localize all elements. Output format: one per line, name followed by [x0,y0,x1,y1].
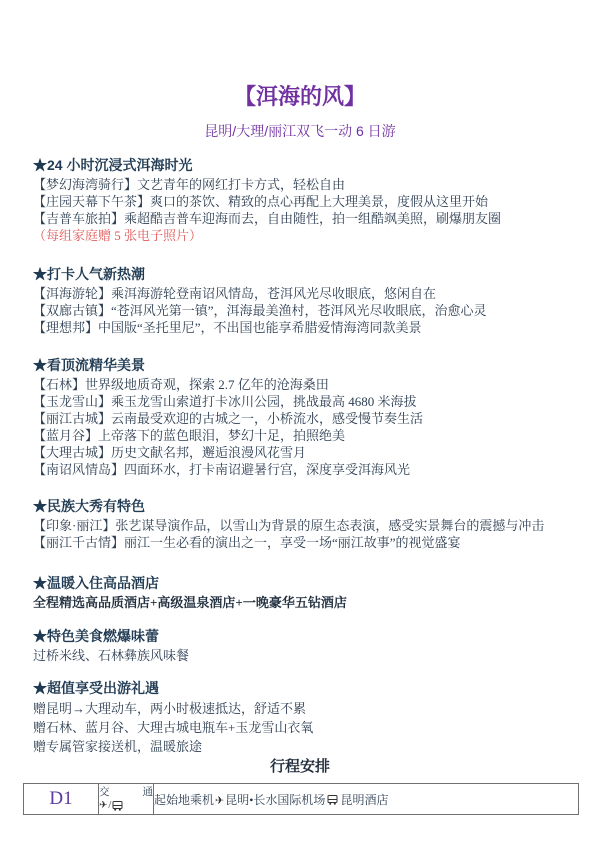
perk-line: 赠专属管家接送机，温暖旅途 [33,737,567,756]
section-heading-hotspots: ★打卡人气新热潮 [33,265,567,283]
perk-line: 赠昆明→大理动车，两小时极速抵达，舒适不累 [33,699,567,718]
feature-line: 【洱海游轮】乘洱海游轮登南诏风情岛，苍洱风光尽收眼底，悠闲自在 [33,285,567,302]
transport-icons: ✈ / [99,799,153,812]
transport-char: 交 [99,786,110,799]
section-heading-scenery: ★看顶流精华美景 [33,356,567,374]
perk-line: 赠石林、蓝月谷、大理古城电瓶车+玉龙雪山衣氧 [33,718,567,737]
transport-char: 通 [143,786,154,799]
itinerary-document-page: 【洱海的风】 昆明/大理/丽江双飞一动 6 日游 ★24 小时沉浸式洱海时光 【… [0,0,600,848]
feature-line: 【印象·丽江】张艺谋导演作品，以雪山为背景的原生态表演，感受实景舞台的震撼与冲击 [33,517,567,534]
bus-icon [327,795,338,805]
section-body-hotels: 全程精选高品质酒店+高级温泉酒店+一晚豪华五钻酒店 [33,594,567,611]
bus-icon [112,801,123,811]
section-heading-erhai-time: ★24 小时沉浸式洱海时光 [33,156,567,174]
icon-separator: / [108,799,111,812]
section-body-hotspots: 【洱海游轮】乘洱海游轮登南诏风情岛，苍洱风光尽收眼底，悠闲自在 【双廊古镇】“苍… [33,285,567,336]
feature-line: 【理想邦】中国版“圣托里尼”，不出国也能享希腊爱情海湾同款美景 [33,319,567,336]
page-title: 【洱海的风】 [33,83,567,110]
route-cell: 起始地乘机✈昆明•长水国际机场昆明酒店 [154,784,579,815]
food-line: 过桥米线、石林彝族风味餐 [33,647,567,664]
section-heading-food: ★特色美食燃爆味蕾 [33,627,567,645]
transport-label: 交 通 [99,786,153,799]
feature-line: 【蓝月谷】上帝落下的蓝色眼泪，梦幻十足，拍照绝美 [33,427,567,444]
section-heading-shows: ★民族大秀有特色 [33,497,567,515]
section-body-shows: 【印象·丽江】张艺谋导演作品，以雪山为背景的原生态表演，感受实景舞台的震撼与冲击… [33,517,567,551]
section-heading-perks: ★超值享受出游礼遇 [33,679,567,697]
route-segment: 起始地乘机 [154,793,214,807]
page-subtitle: 昆明/大理/丽江双飞一动 6 日游 [33,121,567,141]
section-body-scenery: 【石林】世界级地质奇观，探索 2.7 亿年的沧海桑田 【玉龙雪山】乘玉龙雪山索道… [33,376,567,478]
section-body-erhai-time: 【梦幻海湾骑行】文艺青年的网红打卡方式，轻松自由 【庄园天幕下午茶】爽口的茶饮、… [33,176,567,244]
feature-line: 【双廊古镇】“苍洱风光第一镇”，洱海最美渔村，苍洱风光尽收眼底，治愈心灵 [33,302,567,319]
section-heading-hotels: ★温暖入住高品酒店 [33,574,567,592]
table-row-day1: D1 交 通 ✈ / 起始地乘机✈昆明•长 [24,784,579,815]
gift-note: （每组家庭赠 5 张电子照片） [33,227,567,244]
route-segment: 昆明•长水国际机场 [225,793,325,807]
feature-line: 【庄园天幕下午茶】爽口的茶饮、精致的点心再配上大理美景，度假从这里开始 [33,193,567,210]
day-label: D1 [24,784,99,815]
feature-line: 【梦幻海湾骑行】文艺青年的网红打卡方式，轻松自由 [33,176,567,193]
section-body-perks: 赠昆明→大理动车，两小时极速抵达，舒适不累 赠石林、蓝月谷、大理古城电瓶车+玉龙… [33,699,567,756]
section-body-food: 过桥米线、石林彝族风味餐 [33,647,567,664]
feature-line: 【丽江古城】云南最受欢迎的古城之一，小桥流水，感受慢节奏生活 [33,410,567,427]
feature-line: 【石林】世界级地质奇观，探索 2.7 亿年的沧海桑田 [33,376,567,393]
hotel-line: 全程精选高品质酒店+高级温泉酒店+一晚豪华五钻酒店 [33,594,567,611]
feature-line: 【玉龙雪山】乘玉龙雪山索道打卡冰川公园，挑战最高 4680 米海拔 [33,393,567,410]
feature-line: 【南诏风情岛】四面环水，打卡南诏避暑行宫，深度享受洱海风光 [33,461,567,478]
itinerary-table: D1 交 通 ✈ / 起始地乘机✈昆明•长 [23,783,579,815]
plane-icon: ✈ [215,794,224,807]
feature-line: 【大理古城】历史文献名邦，邂逅浪漫风花雪月 [33,444,567,461]
feature-line: 【吉普车旅拍】乘超酷吉普车迎海而去，自由随性，拍一组酷飒美照，刷爆朋友圈 [33,210,567,227]
transport-cell: 交 通 ✈ / [99,784,154,815]
plane-icon: ✈ [99,799,107,812]
route-segment: 昆明酒店 [340,793,388,807]
itinerary-heading: 行程安排 [33,756,567,778]
feature-line: 【丽江千古情】丽江一生必看的演出之一，享受一场“丽江故事”的视觉盛宴 [33,534,567,551]
